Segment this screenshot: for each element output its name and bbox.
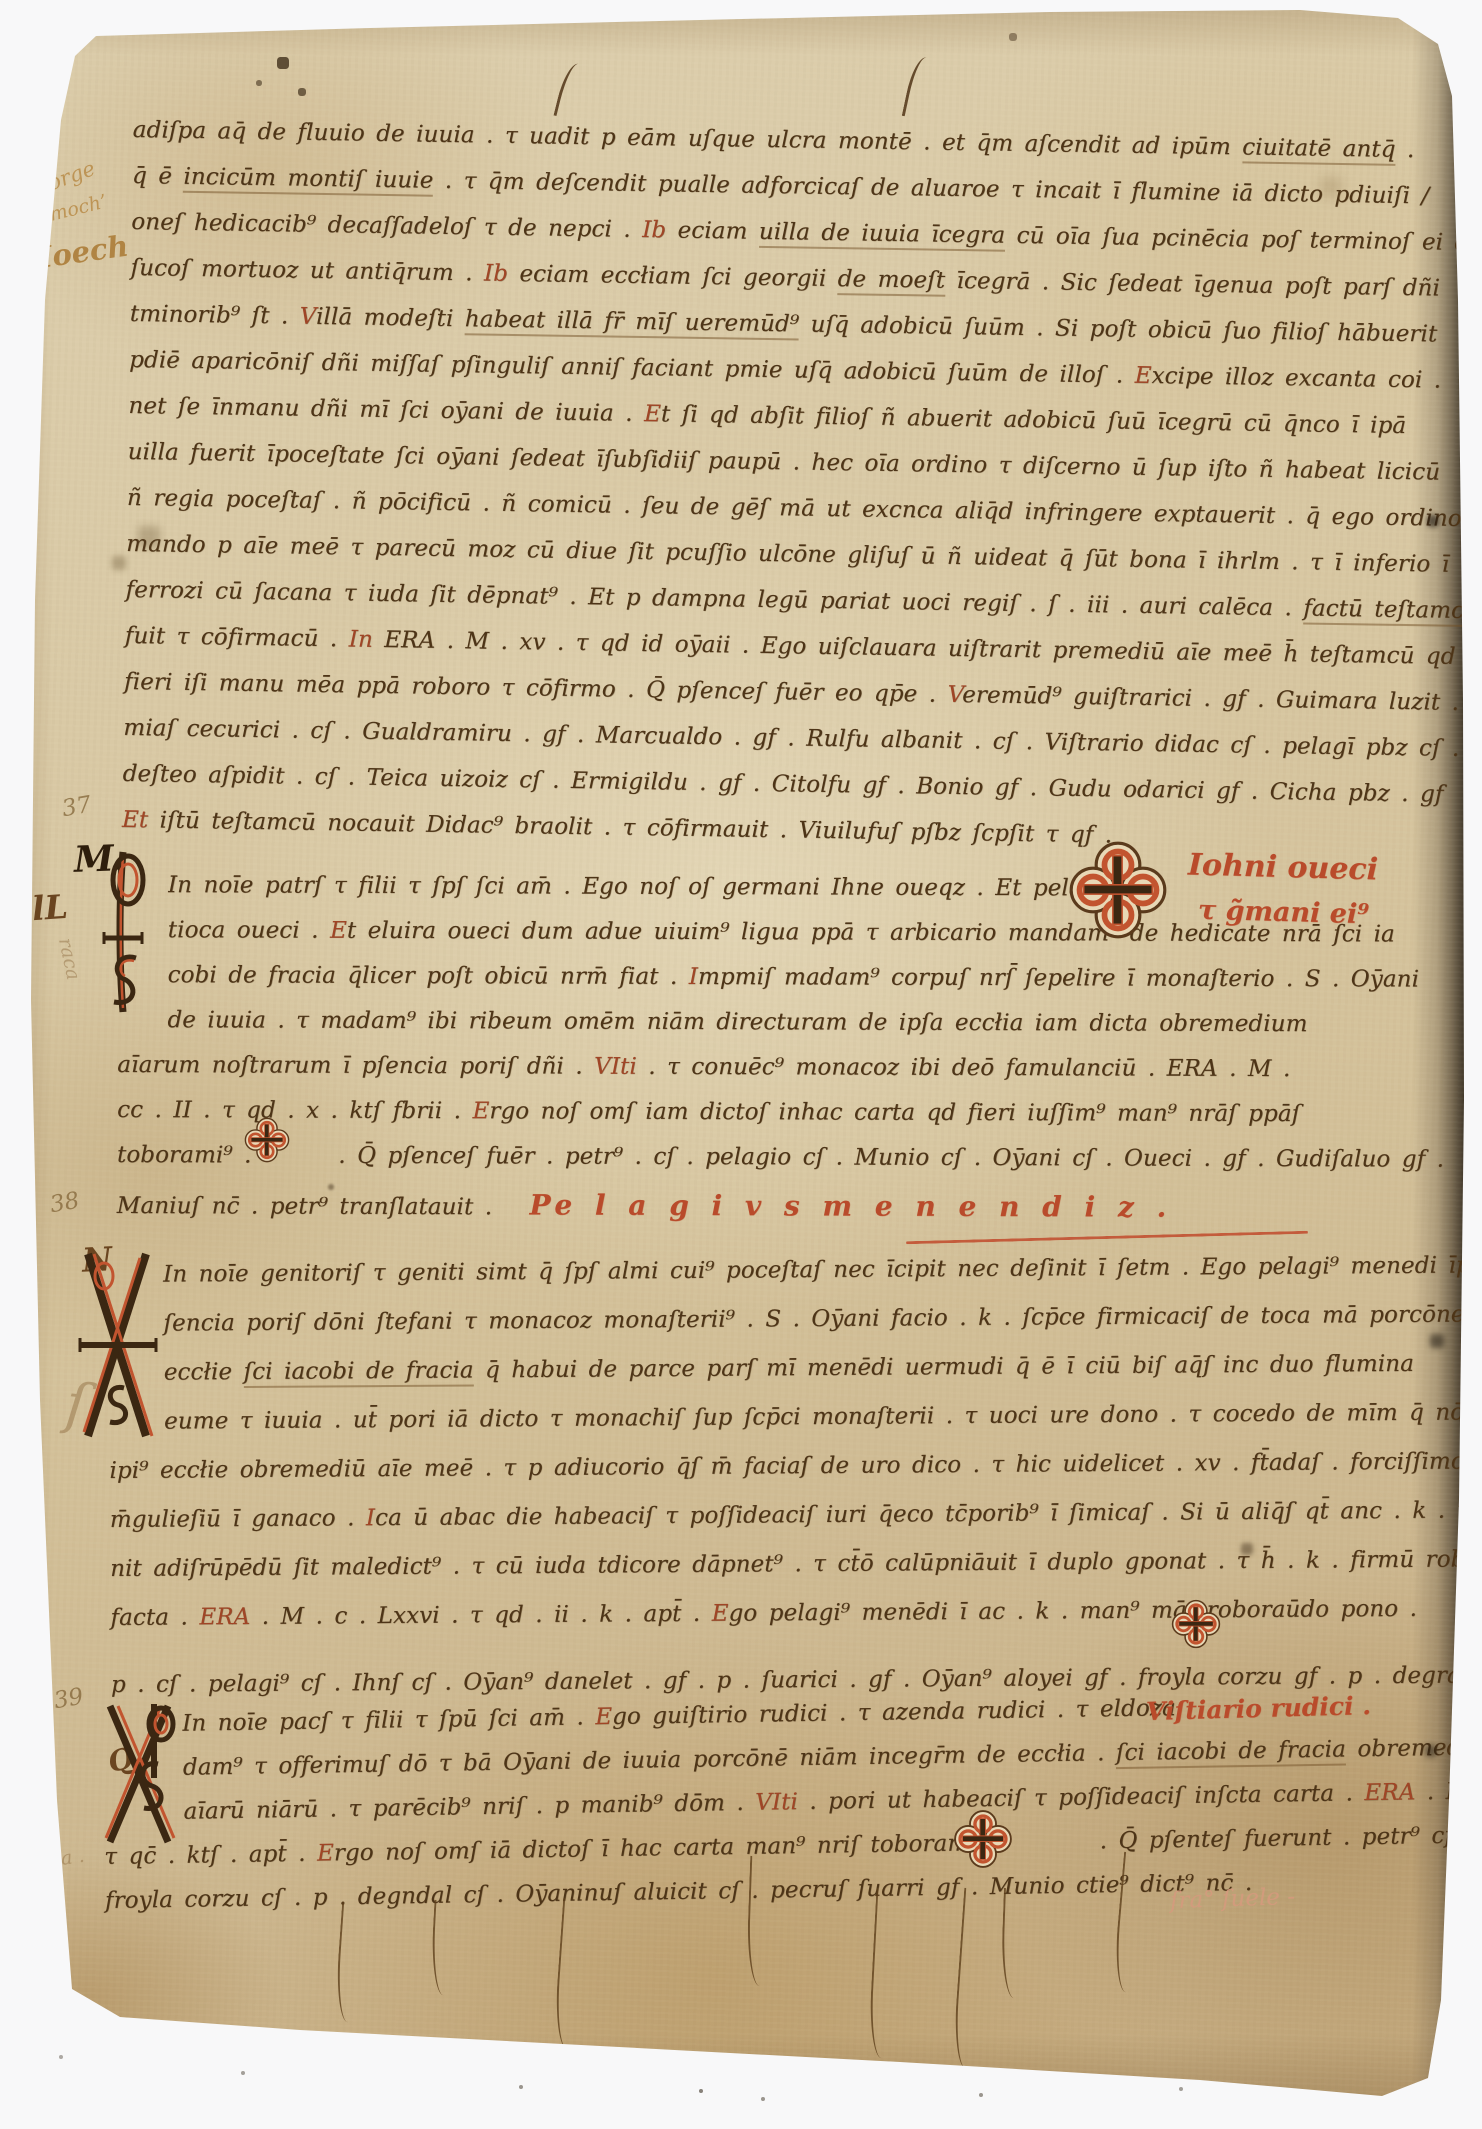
text-run: . τ conuēc⁹ monacoz ibi deō famulanciū .…	[637, 1054, 1291, 1082]
text-run: tminorib⁹ ſt .	[130, 301, 300, 330]
margin-number-39: 39	[52, 1684, 85, 1715]
margin-note-moech: Moech	[18, 229, 130, 278]
text-line: In noīe patrſ τ filii τ ſpſ ſci am̄ . Eg…	[168, 872, 1098, 920]
text-run: ERA	[199, 1604, 250, 1630]
text-line: cc . II . τ qd . x . ktſ fbrii . Ergo no…	[117, 1097, 1417, 1147]
inline-gap	[1016, 1849, 1088, 1850]
text-line: nit adiſrūpēdū ſit maledict⁹ . τ cū iuda…	[110, 1547, 1410, 1605]
quatrefoil-cross-small-2-icon	[1170, 1598, 1222, 1650]
text-run: de iuuia . τ madam⁹ ibi ribeum omēm niām…	[167, 1007, 1307, 1037]
rubric-fra-fuele: ſra° ſuele -	[1170, 1884, 1296, 1914]
text-run: ſucoſ mortuoz ut antiq̄rum .	[130, 255, 484, 287]
text-run: rgo noſ omſ iam dictoſ inhac carta qd fi…	[489, 1098, 1300, 1127]
text-run: uilla de iuuia īcegra	[759, 219, 1006, 252]
text-run: de moeſt	[837, 266, 945, 297]
text-line: In noīe genitoriſ τ geniti simt q̄ ſpſ a…	[163, 1253, 1408, 1311]
text-line: eume τ iuuia . ut̄ pori iā dicto τ monac…	[164, 1400, 1409, 1458]
quatrefoil-cross-large-icon	[1066, 838, 1170, 942]
parchment-page: adiſpa aq̄ de fluuio de iuuia . τ uadit …	[0, 0, 1482, 2129]
quatrefoil-cross-small-1-icon	[243, 1116, 291, 1164]
text-run: E	[712, 1601, 729, 1627]
text-run: E	[1134, 363, 1151, 389]
text-run: adiſpa aq̄ de fluuio de iuuia . τ uadit …	[133, 117, 1243, 160]
margin-letter-ll: lL	[31, 887, 69, 928]
text-run: ſci iacobi de fracia	[243, 1357, 473, 1388]
text-run: E	[317, 1840, 334, 1866]
text-line: toborami⁹ . . Q̄ pſenceſ fuēr . petr⁹ . …	[117, 1142, 1417, 1192]
text-run: I	[366, 1505, 375, 1531]
text-run: In noīe patrſ τ filii τ ſpſ ſci am̄ . Eg…	[168, 872, 1098, 902]
text-run: Pe l a g i v s m e n e n d i z .	[530, 1188, 1171, 1223]
text-run: facta .	[110, 1604, 199, 1631]
text-run: In noīe pacſ τ filii τ ſpū ſci am̄ .	[182, 1704, 595, 1736]
margin-number-38: 38	[48, 1188, 81, 1219]
initial-chrismon-38	[78, 1246, 158, 1444]
text-run: E	[644, 401, 661, 427]
elongated-descender-stroke	[1000, 1888, 1018, 1998]
text-run: E	[595, 1704, 612, 1730]
ink-stains	[0, 0, 2, 2]
ascender-flourish-stroke	[553, 61, 581, 119]
text-run: mpmiſ madam⁹ corpuſ nrſ̄ ſepelire ī mona…	[698, 964, 1419, 993]
text-run: ERA	[1364, 1779, 1415, 1806]
text-run: E	[472, 1098, 489, 1124]
text-run: E	[330, 918, 347, 944]
text-block-charter-36-continuation: adiſpa aq̄ de fluuio de iuuia . τ uadit …	[121, 117, 1432, 873]
text-run: aīarum noſtrarum ī pſencia poriſ dñi .	[117, 1052, 594, 1080]
ascender-flourish-stroke	[902, 55, 930, 119]
text-run: eciam eccłiam ſci georgii	[508, 261, 838, 292]
text-run: . M . cc . iii .	[1415, 1777, 1482, 1806]
text-run: obremediū	[1346, 1734, 1482, 1762]
text-run: Maniuſ nc̄ . petr⁹ tranſlatauit .	[117, 1193, 504, 1220]
text-run: toborami⁹ .	[117, 1142, 263, 1169]
text-run: fuit τ cōfirmacū .	[125, 623, 349, 653]
text-run: eciam	[666, 217, 759, 244]
margin-note-vertical: raca	[54, 936, 84, 982]
text-line: cobi de fracia q̄licer poſt obicū nrm̄ f…	[168, 962, 1418, 1011]
text-run: q̄ habui de parce parſ mī menēdi uermudi…	[474, 1351, 1414, 1384]
text-run: V	[300, 304, 317, 330]
text-run: Et	[122, 807, 149, 833]
text-run: incicūm montiſ iuuie	[183, 164, 433, 197]
text-block-charter-38: In noīe genitoriſ τ geniti simt q̄ ſpſ a…	[108, 1253, 1411, 1721]
text-run: VIti	[755, 1789, 798, 1816]
text-run: p . cſ . pelagi⁹ cſ . Ihnſ cſ . Oȳan⁹ da…	[111, 1661, 1482, 1698]
text-run: habeat illā fr̄ mīſ ueremūd⁹	[465, 306, 800, 340]
text-run: In noīe genitoriſ τ geniti simt q̄ ſpſ a…	[163, 1252, 1482, 1287]
page-edge-bottom-ragged-line	[60, 2086, 1452, 2117]
text-run: factū teſtamcūm	[1303, 595, 1482, 627]
text-line: Maniuſ nc̄ . petr⁹ tranſlatauit . Pe l a…	[117, 1187, 1417, 1237]
text-line: de iuuia . τ madam⁹ ibi ribeum omēm niām…	[167, 1007, 1417, 1056]
page-edge-left-shading	[0, 0, 52, 2129]
manuscript-photo-canvas: adiſpa aq̄ de fluuio de iuuia . τ uadit …	[0, 0, 1482, 2129]
text-run: illā modeſti	[316, 304, 465, 332]
text-run: . Q̄ pſenceſ fuēr . petr⁹ . cſ . pelagio…	[327, 1143, 1444, 1173]
rubric-germani-eius: τ g̃mani ei⁹	[1198, 895, 1370, 930]
rubric-iohni-oueci: Iohni oueci	[1188, 848, 1379, 888]
text-run: ſci iacobi de fracia	[1116, 1736, 1347, 1769]
text-line: ſencia poriſ dōni ſtefani τ monacoz mona…	[163, 1302, 1408, 1360]
page-edge-bottom-shading	[0, 2034, 1482, 2129]
text-run: q̄ ē	[132, 163, 184, 190]
text-run: Ib	[484, 261, 508, 287]
margin-note-democh: democh’	[25, 190, 110, 231]
text-run: .	[1395, 137, 1414, 163]
text-run: go pelagi⁹ menēdi ī ac . k . man⁹ māſ ro…	[728, 1596, 1417, 1627]
text-run: eccłie	[164, 1359, 244, 1386]
text-run: ciuitatē antq̄	[1242, 134, 1396, 165]
rubric-vistiario-rudici: Viſtiario rudici .	[1146, 1691, 1372, 1726]
margin-note-ja: o Ja .	[35, 1845, 86, 1874]
text-run: . M . c . Lxxvi . τ qd . ii . k . apt̄ .	[250, 1601, 712, 1630]
text-run: VIti	[594, 1054, 637, 1080]
text-run: cc . II . τ qd . x . ktſ fbrii .	[117, 1097, 472, 1124]
text-run: xcipe illoz excanta coi .	[1151, 363, 1441, 394]
text-run: Q̄ . p̄ . fuēr .	[1475, 1594, 1482, 1621]
text-run: In	[349, 626, 374, 652]
text-line: eccłie ſci iacobi de fracia q̄ habui de …	[164, 1351, 1409, 1409]
text-run: tioca oueci .	[168, 917, 330, 944]
page-edge-top-shading	[0, 0, 1482, 55]
text-run: V	[947, 682, 962, 708]
margin-number-37: 37	[60, 792, 93, 823]
text-line: aīarum noſtrarum ī pſencia poriſ dñi . V…	[117, 1052, 1417, 1102]
text-run: m̄gulieſiū ī ganaco .	[110, 1505, 366, 1533]
initial-chrismon-37	[96, 846, 150, 1018]
text-run: cobi de fracia q̄licer poſt obicū nrm̄ f…	[168, 962, 689, 990]
quatrefoil-cross-small-3-icon	[952, 1808, 1014, 1870]
text-run: Ib	[642, 217, 666, 243]
initial-chrismon-39	[98, 1698, 182, 1850]
text-block-charter-37: In noīe patrſ τ filii τ ſpſ ſci am̄ . Eg…	[117, 872, 1418, 1237]
